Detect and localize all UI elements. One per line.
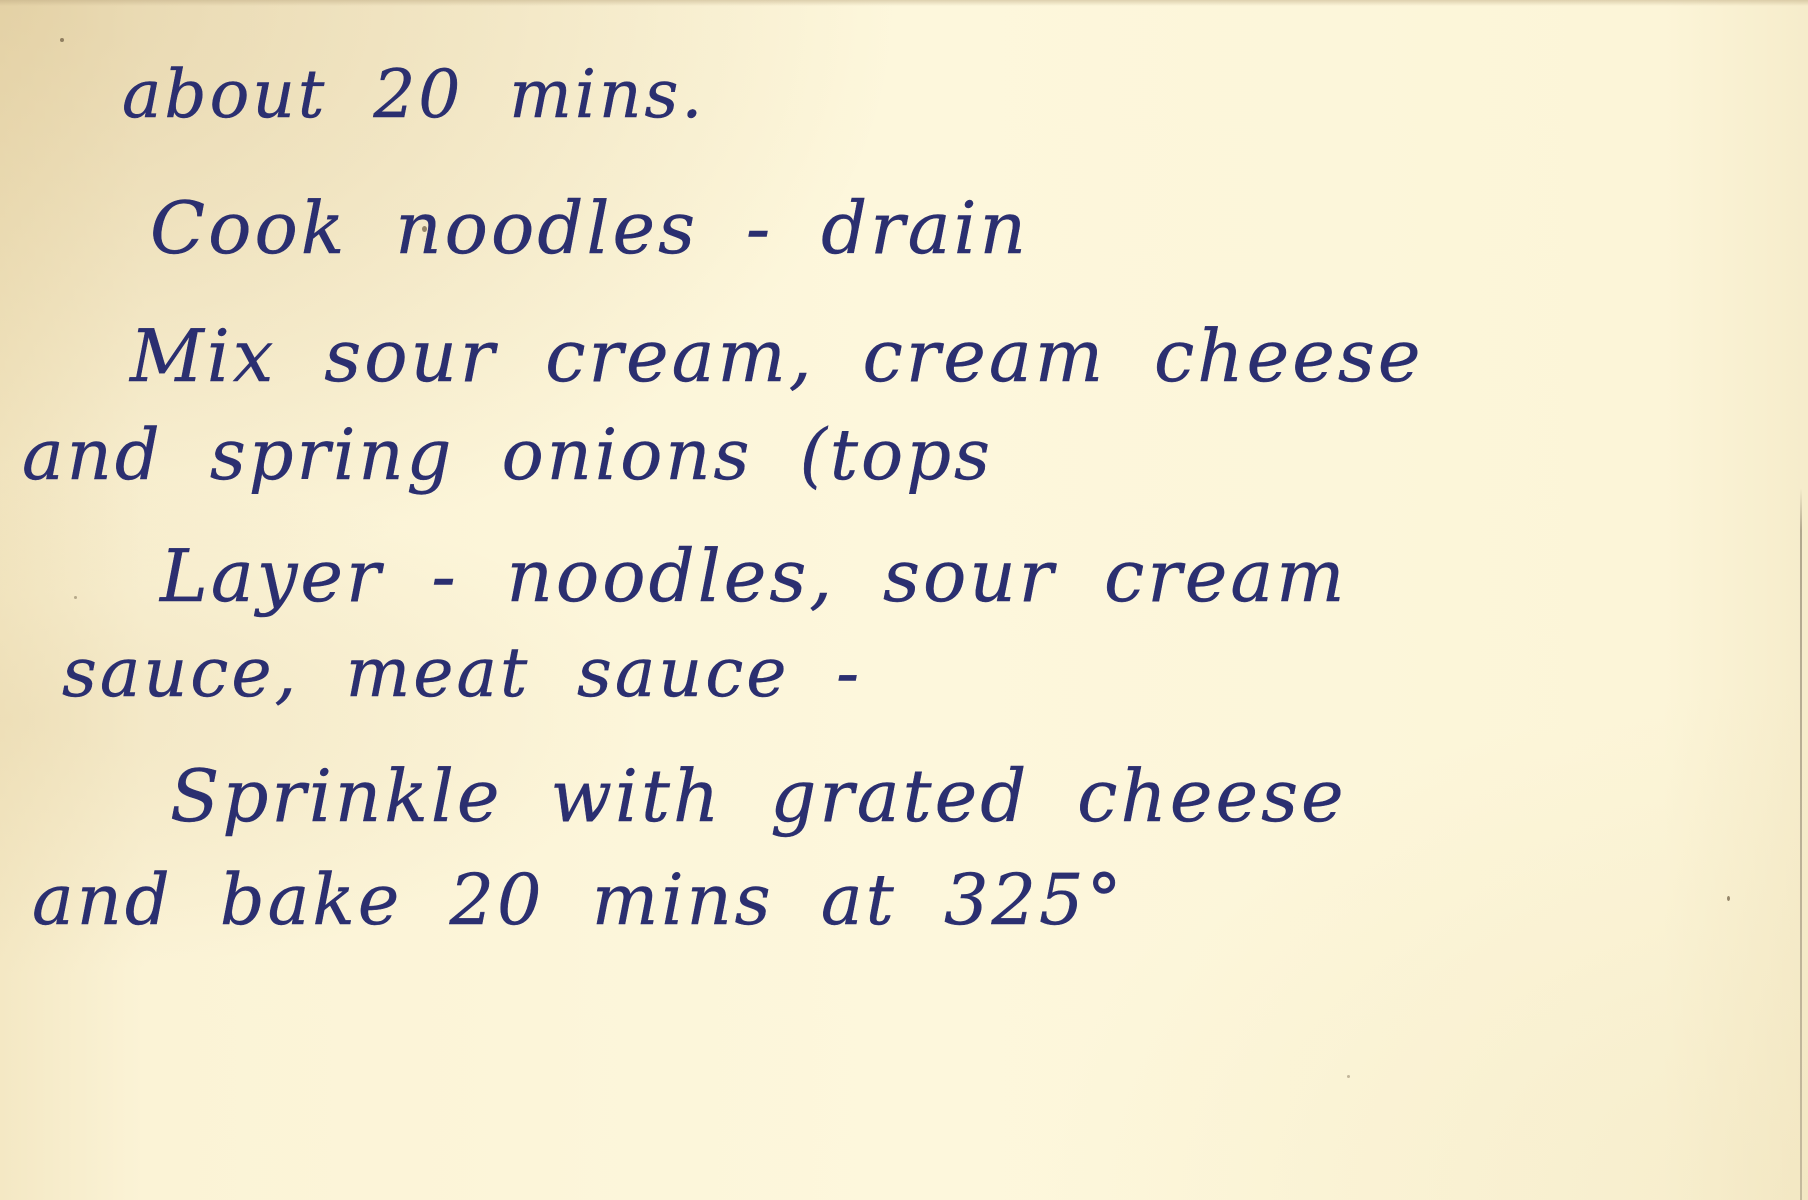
recipe-line-4: and spring onions (tops <box>22 420 993 490</box>
card-top-edge <box>0 0 1808 6</box>
recipe-line-8: and bake 20 mins at 325° <box>32 865 1125 935</box>
card-edge-line <box>1800 488 1802 1200</box>
paper-speck <box>60 38 64 42</box>
recipe-line-2: Cook noodles - drain <box>150 192 1029 264</box>
recipe-line-7: Sprinkle with grated cheese <box>170 760 1347 832</box>
recipe-line-5: Layer - noodles, sour cream <box>160 540 1348 612</box>
recipe-card: about 20 mins. Cook noodles - drain Mix … <box>0 0 1808 1200</box>
recipe-line-1: about 20 mins. <box>122 62 705 128</box>
recipe-line-3: Mix sour cream, cream cheese <box>130 320 1423 392</box>
paper-speck <box>74 596 77 599</box>
paper-speck <box>1727 896 1730 901</box>
paper-speck <box>1347 1075 1350 1078</box>
recipe-line-6: sauce, meat sauce - <box>62 640 862 708</box>
